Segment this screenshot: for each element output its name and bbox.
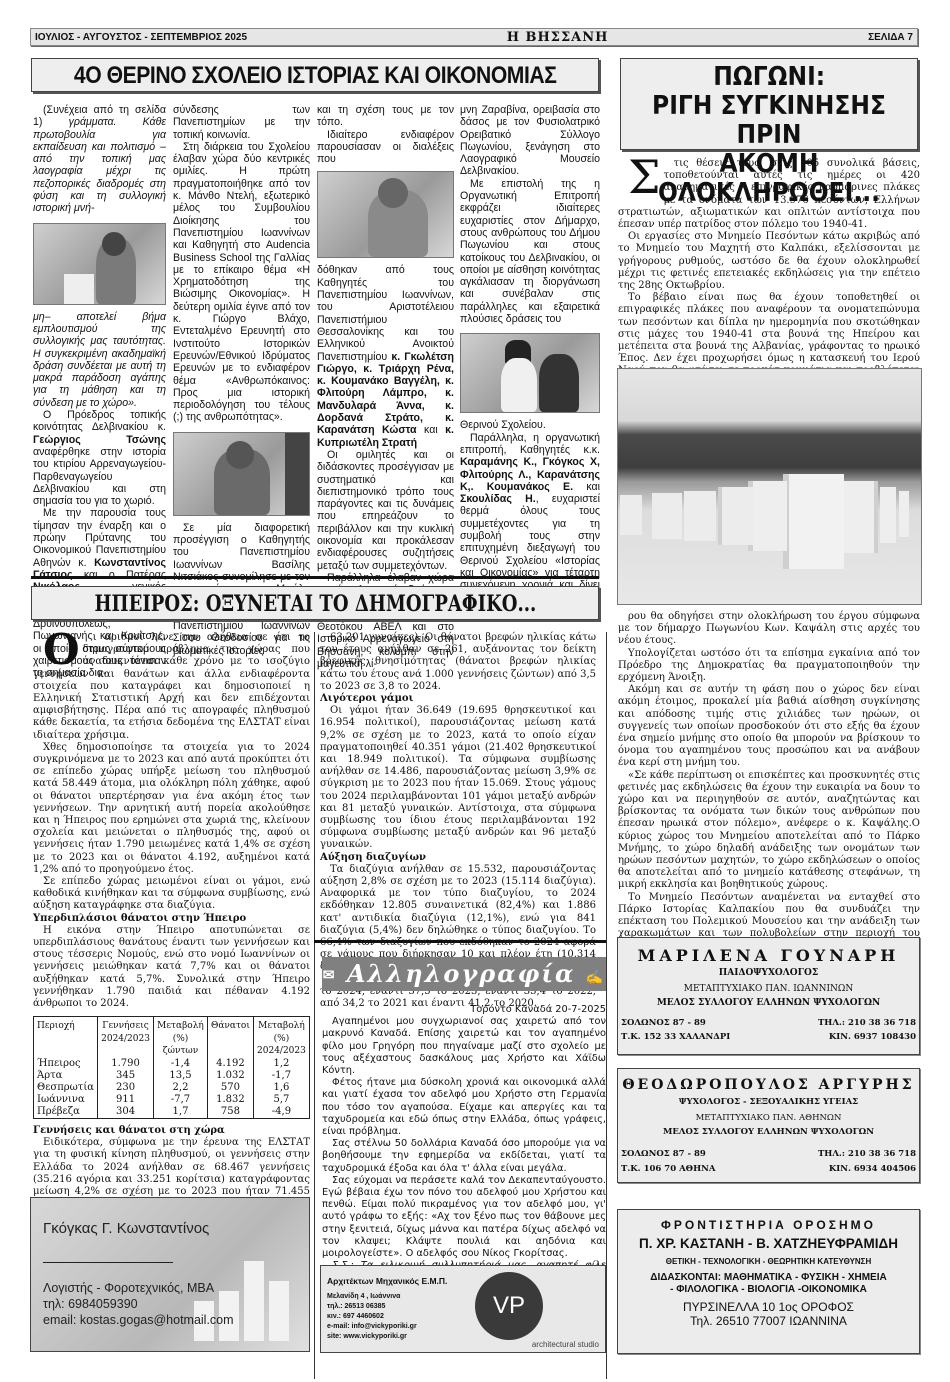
theodoropoulos-ad: ΘΕΟΔΩΡΟΠΟΥΛΟΣ ΑΡΓΥΡΗΣ ΨΥΧΟΛΟΓΟΣ - ΣΕΞΟΥΑ…: [617, 1068, 920, 1183]
orosimo-ad: ΦΡΟΝΤΙΣΤΗΡΙΑ ΟΡΟΣΗΜΟ Π. ΧΡ. ΚΑΣΤΑΝΗ - Β.…: [617, 1209, 920, 1354]
speaker-photo-1: [33, 223, 166, 305]
letter-dateline: Τορόντο Καναδά 20-7-2025: [322, 1004, 606, 1016]
demographic-headline: ΗΠΕΙΡΟΣ: ΟΞΥΝΕΤΑΙ ΤΟ ΔΗΜΟΓΡΑΦΙΚΟ...: [31, 586, 599, 620]
page-number: ΣΕΛΙΔΑ 7: [868, 32, 913, 43]
accountant-phone: τηλ: 6984059390: [43, 1296, 234, 1312]
letters-top-rule: [314, 940, 606, 943]
envelope-icon: ✉: [323, 968, 337, 984]
pogoni-text-top: Στις θέσεις τους, στις 105 συνολικά βάσε…: [618, 158, 920, 402]
table-row: Ιωάννινα911-7,71.8325,7: [34, 1094, 310, 1106]
summer-school-col-2: σύνδεσης των Πανεπιστημίων με την τοπική…: [173, 104, 310, 657]
section-divider: [31, 576, 599, 579]
demographic-col-2: 63.201 γυναίκες). Οι θάνατοι βρεφών ηλικ…: [320, 632, 596, 1010]
accountant-email[interactable]: email: kostas.gogas@hotmail.com: [43, 1312, 234, 1328]
accountant-title: Λογιστής - Φοροτεχνικός, MBA: [43, 1280, 234, 1296]
pogoni-headline: ΠΩΓΩΝΙ: ΡΙΓΗ ΣΥΓΚΙΝΗΣΗΣ ΠΡΙΝ ΑΚΟΜΗ ΟΛΟΚΛ…: [620, 58, 918, 150]
architect-ad: Αρχιτέκτων Μηχανικός Ε.Μ.Π. Μελανίδη 4 ,…: [320, 1265, 606, 1353]
speaker-photo-2: [173, 432, 310, 516]
summer-school-headline: 4Ο ΘΕΡΙΝΟ ΣΧΟΛΕΙΟ ΙΣΤΟΡΙΑΣ ΚΑΙ ΟΙΚΟΝΟΜΙΑ…: [31, 58, 599, 92]
births-deaths-table: Περιοχή Γεννήσεις 2024/2023 Μεταβολή (%)…: [33, 1016, 310, 1119]
memorial-photo: [617, 368, 922, 605]
column-divider: [606, 632, 607, 1379]
letters-banner: ✉ Αλληλογραφία ✍: [322, 957, 606, 991]
speaker-photo-3: [317, 171, 454, 258]
table-row: Άρτα34513,51.032-1,7: [34, 1070, 310, 1082]
table-row: Ήπειρος1.790-1,44.1921,2: [34, 1058, 310, 1070]
architect-logo: VP: [475, 1272, 543, 1340]
dropcap-omicron: Ο: [33, 632, 80, 668]
dropcap-sigma: Σ: [618, 158, 661, 196]
issue-date: ΙΟΥΛΙΟΣ - ΑΥΓΟΥΣΤΟΣ - ΣΕΠΤΕΜΒΡΙΟΣ 2025: [35, 32, 247, 43]
accountant-name: Γκόγκας Γ. Κωνσταντίνος: [43, 1220, 209, 1237]
priest-photo: [460, 333, 600, 413]
gounari-ad: ΜΑΡΙΛΕΝΑ ΓΟΥΝΑΡΗ ΠΑΙΔΟΨΥΧΟΛΟΓΟΣ ΜΕΤΑΠΤΥΧ…: [617, 937, 920, 1055]
summer-school-col-4: μνη Ζαραβίνα, ορειβασία στο δάσος με τον…: [460, 104, 600, 616]
masthead: ΙΟΥΛΙΟΣ - ΑΥΓΟΥΣΤΟΣ - ΣΕΠΤΕΜΒΡΙΟΣ 2025 Η…: [30, 28, 918, 46]
column-divider: [314, 632, 315, 1379]
table-row: Θεσπρωτία2302,25701,6: [34, 1082, 310, 1094]
newspaper-title: Η ΒΗΣΣΑΝΗ: [507, 30, 609, 45]
pogoni-text-bottom: ρου θα οδηγήσει στην ολοκλήρωση του έργο…: [618, 611, 920, 977]
pen-icon: ✍: [586, 970, 605, 986]
accountant-ad: Γκόγκας Γ. Κωνσταντίνος Λογιστής - Φοροτ…: [30, 1197, 310, 1352]
table-row: Πρέβεζα3041,7758-4,9: [34, 1106, 310, 1119]
